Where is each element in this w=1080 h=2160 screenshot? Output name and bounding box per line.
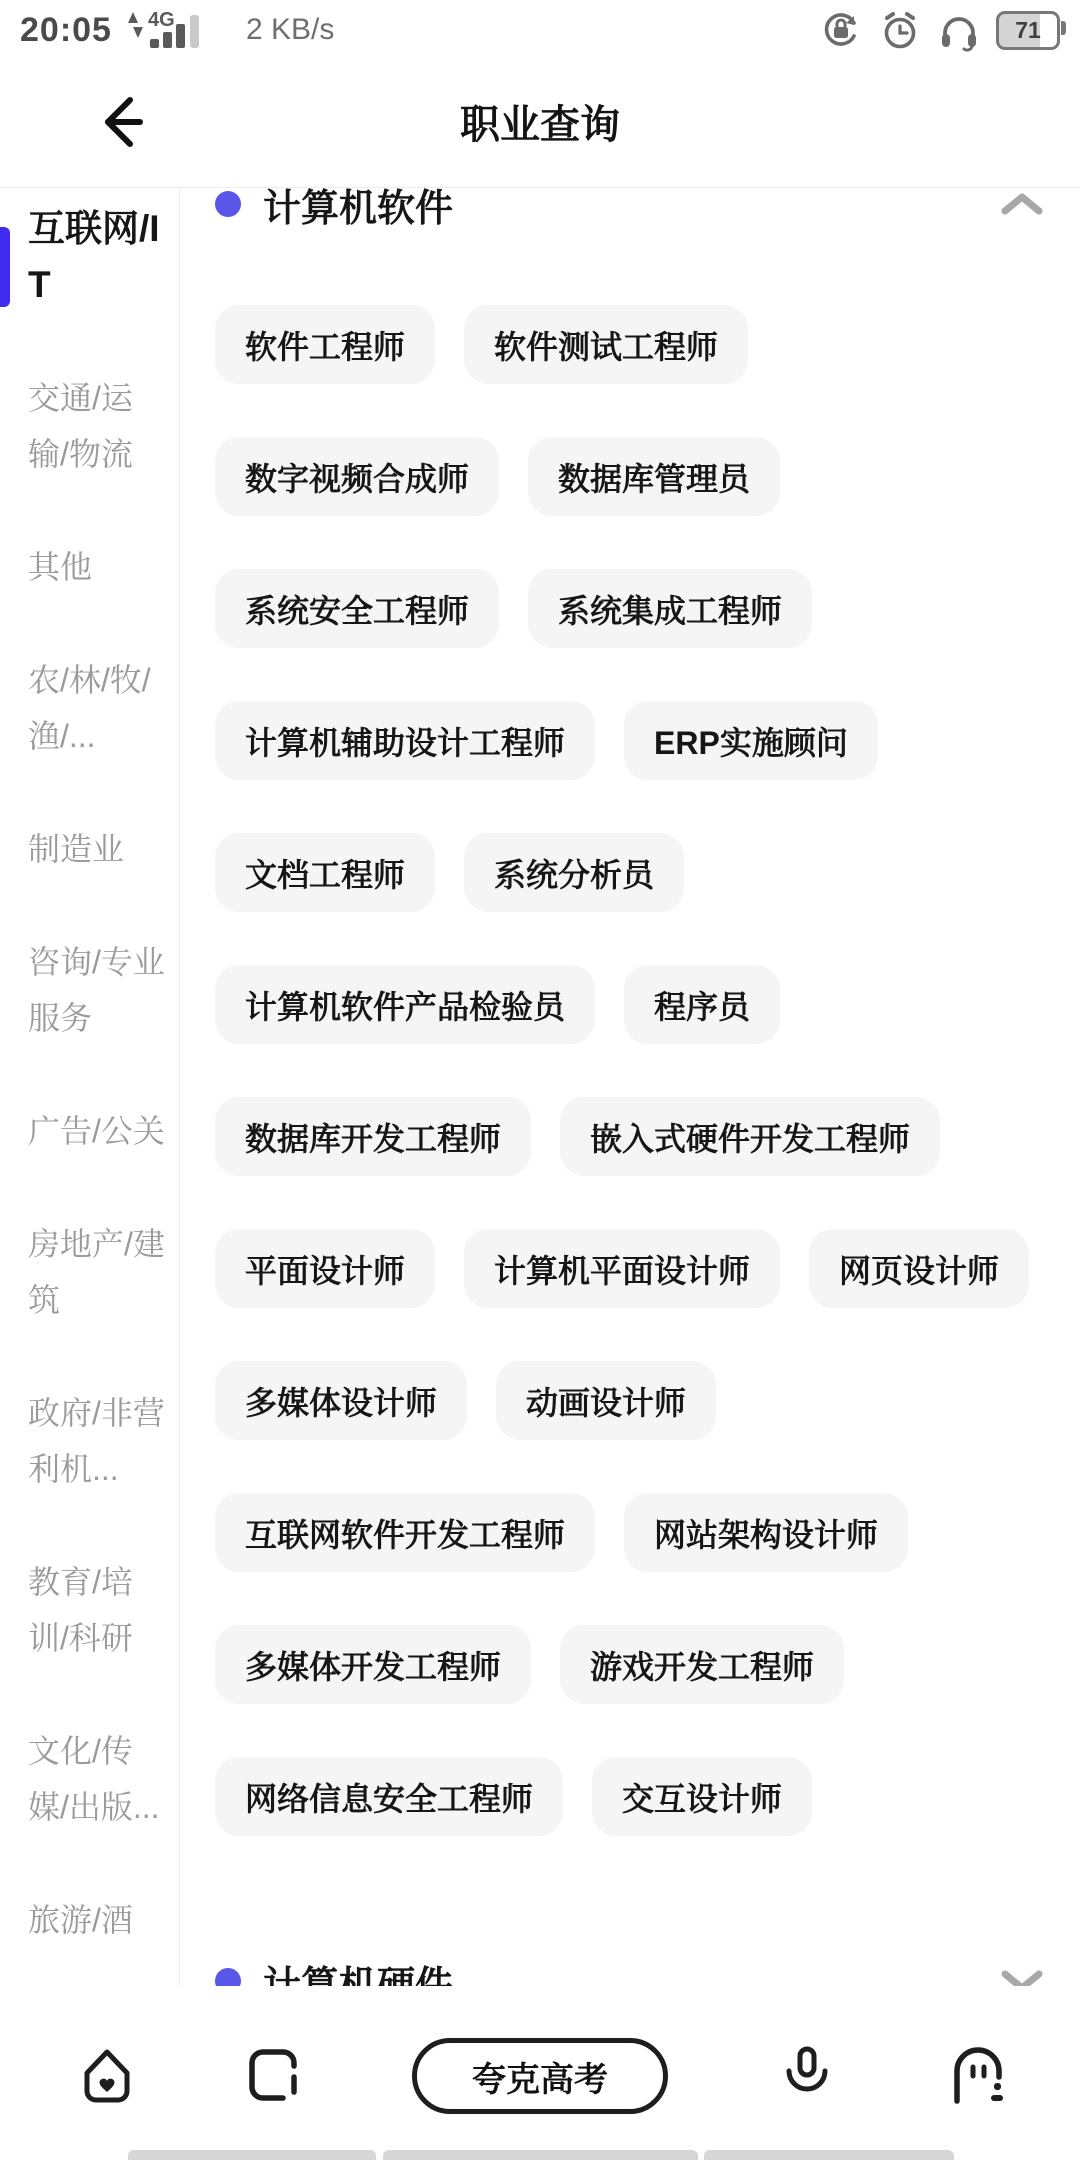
section-dot-icon xyxy=(215,1968,241,1986)
chevron-down-icon xyxy=(1000,1968,1044,1986)
job-chip[interactable]: 数据库开发工程师 xyxy=(215,1097,531,1176)
sidebar-item[interactable]: 政府/非营利机... xyxy=(28,1385,169,1497)
gesture-bar xyxy=(704,2150,954,2160)
chip-row: 数字视频合成师数据库管理员 xyxy=(215,437,1044,516)
job-chip[interactable]: 交互设计师 xyxy=(592,1757,812,1836)
chip-row: 多媒体开发工程师游戏开发工程师 xyxy=(215,1625,1044,1704)
sidebar-item-label: 制造业 xyxy=(28,831,124,867)
section-dot-icon xyxy=(215,191,241,217)
sidebar-item-label: 其他 xyxy=(28,549,92,585)
job-panel: 计算机软件软件工程师软件测试工程师数字视频合成师数据库管理员系统安全工程师系统集… xyxy=(180,188,1080,1986)
job-chip[interactable]: 动画设计师 xyxy=(496,1361,716,1440)
chip-row: 软件工程师软件测试工程师 xyxy=(215,305,1044,384)
job-chip[interactable]: 网页设计师 xyxy=(809,1229,1029,1308)
svg-text:4G: 4G xyxy=(148,9,175,31)
job-chip[interactable]: 网络信息安全工程师 xyxy=(215,1757,563,1836)
quark-gaokao-button[interactable]: 夸克高考 xyxy=(412,2038,668,2114)
cellular-signal-icon: 4G xyxy=(120,8,238,52)
job-chip[interactable]: 多媒体开发工程师 xyxy=(215,1625,531,1704)
sidebar-item-label: 广告/公关 xyxy=(28,1113,165,1149)
sidebar-item-label: 咨询/专业服务 xyxy=(28,944,165,1036)
chip-row: 数据库开发工程师嵌入式硬件开发工程师 xyxy=(215,1097,1044,1176)
job-chip[interactable]: 程序员 xyxy=(624,965,780,1044)
sidebar-item[interactable]: 农/林/牧/渔/... xyxy=(28,652,169,764)
sidebar-item-label: 政府/非营利机... xyxy=(28,1395,165,1487)
assistant-icon[interactable] xyxy=(947,2043,1011,2107)
sidebar-item[interactable]: 互联网/IT xyxy=(28,201,169,313)
sidebar-item[interactable]: 房地产/建筑 xyxy=(28,1216,169,1328)
chip-row: 文档工程师系统分析员 xyxy=(215,833,1044,912)
job-chip[interactable]: 网站架构设计师 xyxy=(624,1493,908,1572)
job-chip[interactable]: 多媒体设计师 xyxy=(215,1361,467,1440)
job-chip[interactable]: 系统集成工程师 xyxy=(528,569,812,648)
sidebar-item[interactable]: 咨询/专业服务 xyxy=(28,934,169,1046)
tabs-icon[interactable] xyxy=(241,2043,305,2107)
sidebar-item[interactable]: 其他 xyxy=(28,539,169,595)
phone-screen: 20:05 4G 2 KB/s xyxy=(0,0,1080,2160)
microphone-icon[interactable] xyxy=(775,2043,839,2107)
sidebar-item-label: 旅游/酒 xyxy=(28,1902,133,1938)
chip-row: 计算机软件产品检验员程序员 xyxy=(215,965,1044,1044)
job-chip[interactable]: 平面设计师 xyxy=(215,1229,435,1308)
job-chip[interactable]: 嵌入式硬件开发工程师 xyxy=(560,1097,940,1176)
section-title: 计算机硬件 xyxy=(263,1954,453,1987)
job-chip[interactable]: 系统分析员 xyxy=(464,833,684,912)
chip-row: 网络信息安全工程师交互设计师 xyxy=(215,1757,1044,1836)
status-icons: 71 xyxy=(819,8,1060,52)
sidebar-item[interactable]: 交通/运输/物流 xyxy=(28,370,169,482)
battery-icon: 71 xyxy=(996,11,1060,50)
sidebar-item-label: 房地产/建筑 xyxy=(28,1226,165,1318)
chip-row: 互联网软件开发工程师网站架构设计师 xyxy=(215,1493,1044,1572)
alarm-icon xyxy=(878,8,922,52)
active-indicator xyxy=(0,227,10,307)
job-chip[interactable]: 软件工程师 xyxy=(215,305,435,384)
job-chip[interactable]: 数据库管理员 xyxy=(528,437,780,516)
chip-row: 计算机辅助设计工程师ERP实施顾问 xyxy=(215,701,1044,780)
chip-row: 系统安全工程师系统集成工程师 xyxy=(215,569,1044,648)
chip-row: 多媒体设计师动画设计师 xyxy=(215,1361,1044,1440)
job-chip[interactable]: 系统安全工程师 xyxy=(215,569,499,648)
job-chip[interactable]: 软件测试工程师 xyxy=(464,305,748,384)
section-title: 计算机软件 xyxy=(263,188,453,232)
sidebar-item-label: 文化/传媒/出版... xyxy=(28,1733,160,1825)
job-chip[interactable]: 游戏开发工程师 xyxy=(560,1625,844,1704)
clock-text: 20:05 xyxy=(20,11,112,50)
sidebar-item[interactable]: 旅游/酒 xyxy=(28,1892,169,1948)
section-header[interactable]: 计算机硬件 xyxy=(215,1953,1044,1986)
quark-gaokao-label: 夸克高考 xyxy=(472,2052,608,2101)
sidebar-item[interactable]: 教育/培训/科研 xyxy=(28,1554,169,1666)
sidebar-item[interactable]: 文化/传媒/出版... xyxy=(28,1723,169,1835)
job-chip[interactable]: 互联网软件开发工程师 xyxy=(215,1493,595,1572)
sidebar-item-label: 交通/运输/物流 xyxy=(28,380,133,472)
gesture-bars xyxy=(0,2150,1080,2160)
job-chip[interactable]: ERP实施顾问 xyxy=(624,701,878,780)
home-icon[interactable] xyxy=(75,2043,139,2107)
job-chip[interactable]: 计算机软件产品检验员 xyxy=(215,965,595,1044)
headphones-icon xyxy=(937,8,981,52)
bottom-nav: 夸克高考 xyxy=(0,2010,1080,2140)
page-title: 职业查询 xyxy=(0,56,1080,187)
chip-row: 平面设计师计算机平面设计师网页设计师 xyxy=(215,1229,1044,1308)
battery-percent-text: 71 xyxy=(1015,17,1041,44)
job-chip[interactable]: 文档工程师 xyxy=(215,833,435,912)
sidebar-item[interactable]: 广告/公关 xyxy=(28,1103,169,1159)
content-area: 互联网/IT交通/运输/物流其他农/林/牧/渔/...制造业咨询/专业服务广告/… xyxy=(0,187,1080,1986)
network-speed-text: 2 KB/s xyxy=(246,13,334,47)
status-bar: 20:05 4G 2 KB/s xyxy=(0,0,1080,56)
job-chip[interactable]: 计算机辅助设计工程师 xyxy=(215,701,595,780)
sidebar-item-label: 互联网/IT xyxy=(28,208,160,305)
sidebar: 互联网/IT交通/运输/物流其他农/林/牧/渔/...制造业咨询/专业服务广告/… xyxy=(0,188,180,1986)
job-chip[interactable]: 数字视频合成师 xyxy=(215,437,499,516)
gesture-bar xyxy=(383,2150,698,2160)
gesture-bar xyxy=(128,2150,376,2160)
sidebar-item-label: 教育/培训/科研 xyxy=(28,1564,133,1656)
rotation-lock-icon xyxy=(819,8,863,52)
sidebar-item-label: 农/林/牧/渔/... xyxy=(28,662,151,754)
app-header: 职业查询 xyxy=(0,56,1080,187)
chevron-up-icon xyxy=(1000,191,1044,217)
job-chip[interactable]: 计算机平面设计师 xyxy=(464,1229,780,1308)
section-header[interactable]: 计算机软件 xyxy=(215,188,1044,232)
sidebar-item[interactable]: 制造业 xyxy=(28,821,169,877)
